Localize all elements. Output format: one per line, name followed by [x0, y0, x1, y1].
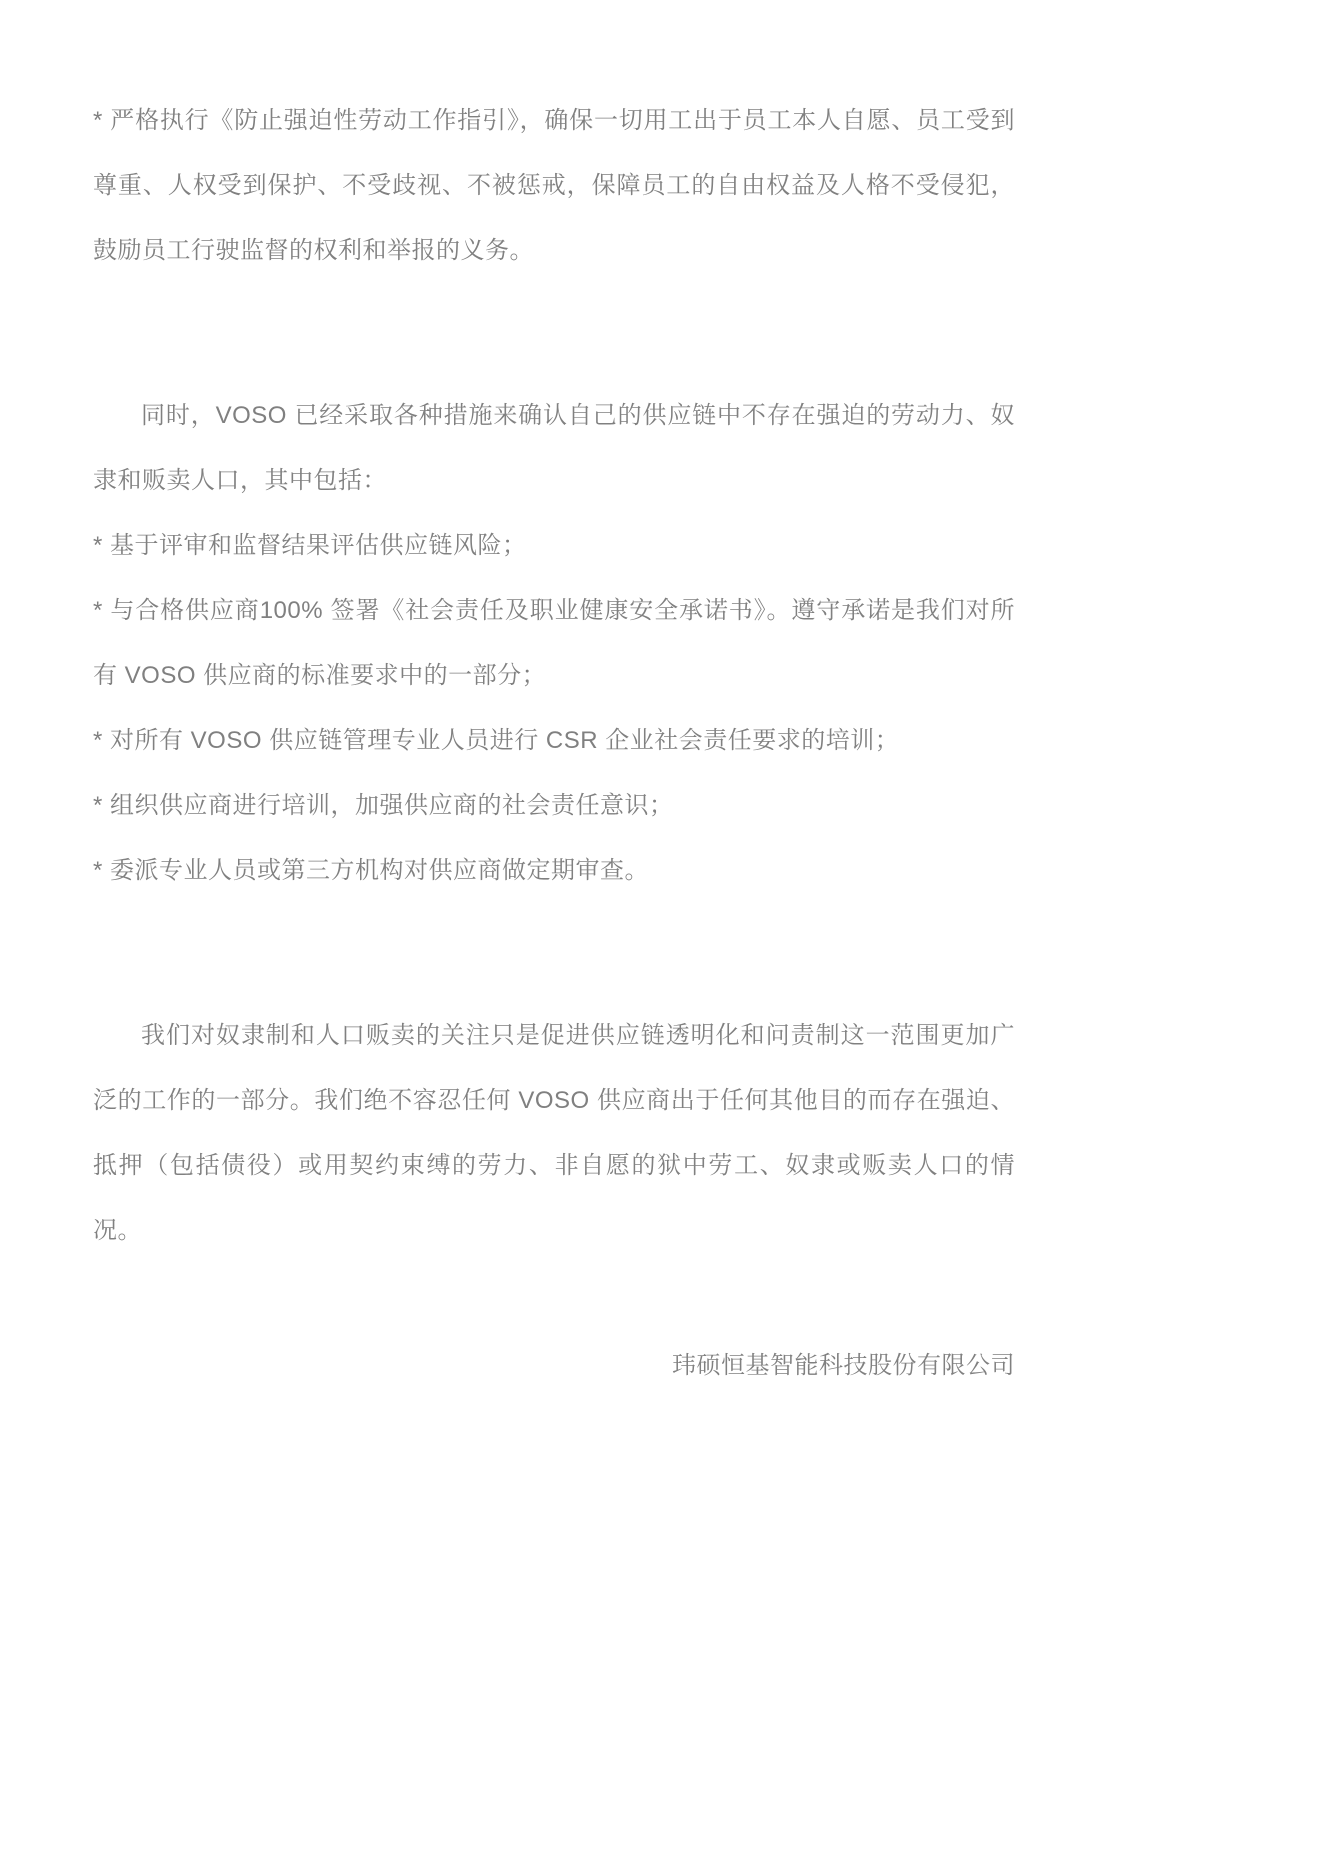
bullet-periodic-audit: * 委派专业人员或第三方机构对供应商做定期审查。 [93, 838, 1015, 903]
bullet-supplier-commitment: * 与合格供应商100% 签署《社会责任及职业健康安全承诺书》。遵守承诺是我们对… [93, 578, 1015, 708]
paragraph-supply-chain-measures-intro: 同时，VOSO 已经采取各种措施来确认自己的供应链中不存在强迫的劳动力、奴隶和贩… [93, 383, 1015, 513]
bullet-supplier-training: * 组织供应商进行培训，加强供应商的社会责任意识； [93, 773, 1015, 838]
document-page: * 严格执行《防止强迫性劳动工作指引》，确保一切用工出于员工本人自愿、员工受到尊… [0, 0, 1323, 1871]
company-signature: 玮硕恒基智能科技股份有限公司 [93, 1333, 1015, 1398]
paragraph-forced-labor-guideline: * 严格执行《防止强迫性劳动工作指引》，确保一切用工出于员工本人自愿、员工受到尊… [93, 88, 1015, 283]
document-content: * 严格执行《防止强迫性劳动工作指引》，确保一切用工出于员工本人自愿、员工受到尊… [93, 88, 1015, 1398]
bullet-risk-assessment: * 基于评审和监督结果评估供应链风险； [93, 513, 1015, 578]
bullet-csr-training: * 对所有 VOSO 供应链管理专业人员进行 CSR 企业社会责任要求的培训； [93, 708, 1015, 773]
paragraph-zero-tolerance: 我们对奴隶制和人口贩卖的关注只是促进供应链透明化和问责制这一范围更加广泛的工作的… [93, 1003, 1015, 1263]
